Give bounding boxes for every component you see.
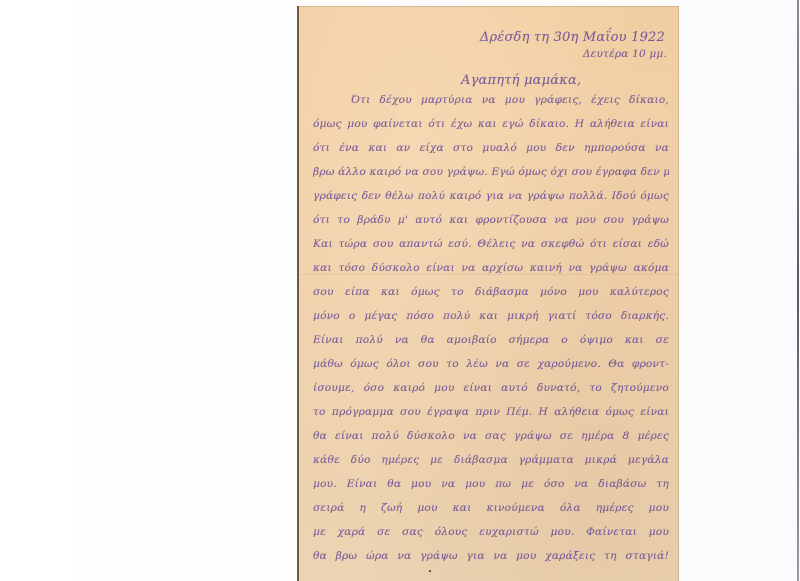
- body-line: Ότι δέχου μαρτύρια να μου γράφεις, έχεις…: [351, 94, 669, 106]
- body-line: κάθε δύο ημέρες με διάβασμα γράμματα μικ…: [313, 454, 669, 466]
- body-line: το πρόγραμμα σου έγραψα πριν Πέμ. Η αλήθ…: [313, 406, 669, 418]
- body-line: ίσουμε, όσο καιρό μου είναι αυτό δυνατό,…: [313, 382, 669, 394]
- body-line: και τόσο δύσκολο είναι να αρχίσω καινή ν…: [313, 262, 669, 274]
- body-line: μόνο ο μέγας πόσο πολύ και μικρή γιατί τ…: [313, 310, 669, 322]
- body-line: μου. Είναι θα μου να μου πω με όσο να δι…: [313, 478, 669, 490]
- ink-speck: [429, 570, 431, 572]
- body-line: ότι ένα και αν είχα στο μυαλό μου δεν ημ…: [313, 142, 669, 154]
- body-line: ότι το βράδυ μ' αυτό και φροντίζουσα να …: [313, 214, 669, 226]
- letter-page: Δρέσδη τη 30η Μαΐου 1922 Δευτέρα 10 μμ. …: [297, 6, 679, 581]
- body-line: γράφεις δεν θέλω πολύ καιρό για να γράψω…: [313, 190, 669, 202]
- paper-fold-line: [299, 274, 679, 275]
- body-line: μάθω όμως όλοι σου το λέω να σε χαρούμεν…: [313, 358, 669, 370]
- body-line: θα είναι πολύ δύσκολο να σας γράψω σε ημ…: [313, 430, 669, 442]
- body-line: σειρά η ζωή μου και κινούμενα όλα ημέρες…: [313, 502, 669, 514]
- letter-day-time: Δευτέρα 10 μμ.: [583, 48, 667, 60]
- body-line: σου είπα και όμως το διάβασμα μόνο μου κ…: [313, 286, 669, 298]
- body-line: θα βρω ώρα να γράψω για να μου χαράξεις …: [313, 550, 669, 562]
- body-line: βρω άλλο καιρό να σου γράψω. Εγώ όμως όχ…: [313, 166, 669, 178]
- letter-date: Δρέσδη τη 30η Μαΐου 1922: [480, 30, 665, 45]
- body-line: Και τώρα σου απαντώ εσύ. Θέλεις να σκεφθ…: [313, 238, 669, 250]
- scanner-edge-line: [797, 0, 799, 581]
- letter-salutation: Αγαπητή μαμάκα,: [461, 73, 581, 88]
- body-line: με χαρά σε σας όλους ευχαριστώ μου. Φαίν…: [313, 526, 669, 538]
- body-line: Είναι πολύ να θα αμοιβαίο σήμερα ο όψιμο…: [313, 334, 669, 346]
- body-line: όμως μου φαίνεται ότι έχω και εγώ δίκαιο…: [313, 118, 669, 130]
